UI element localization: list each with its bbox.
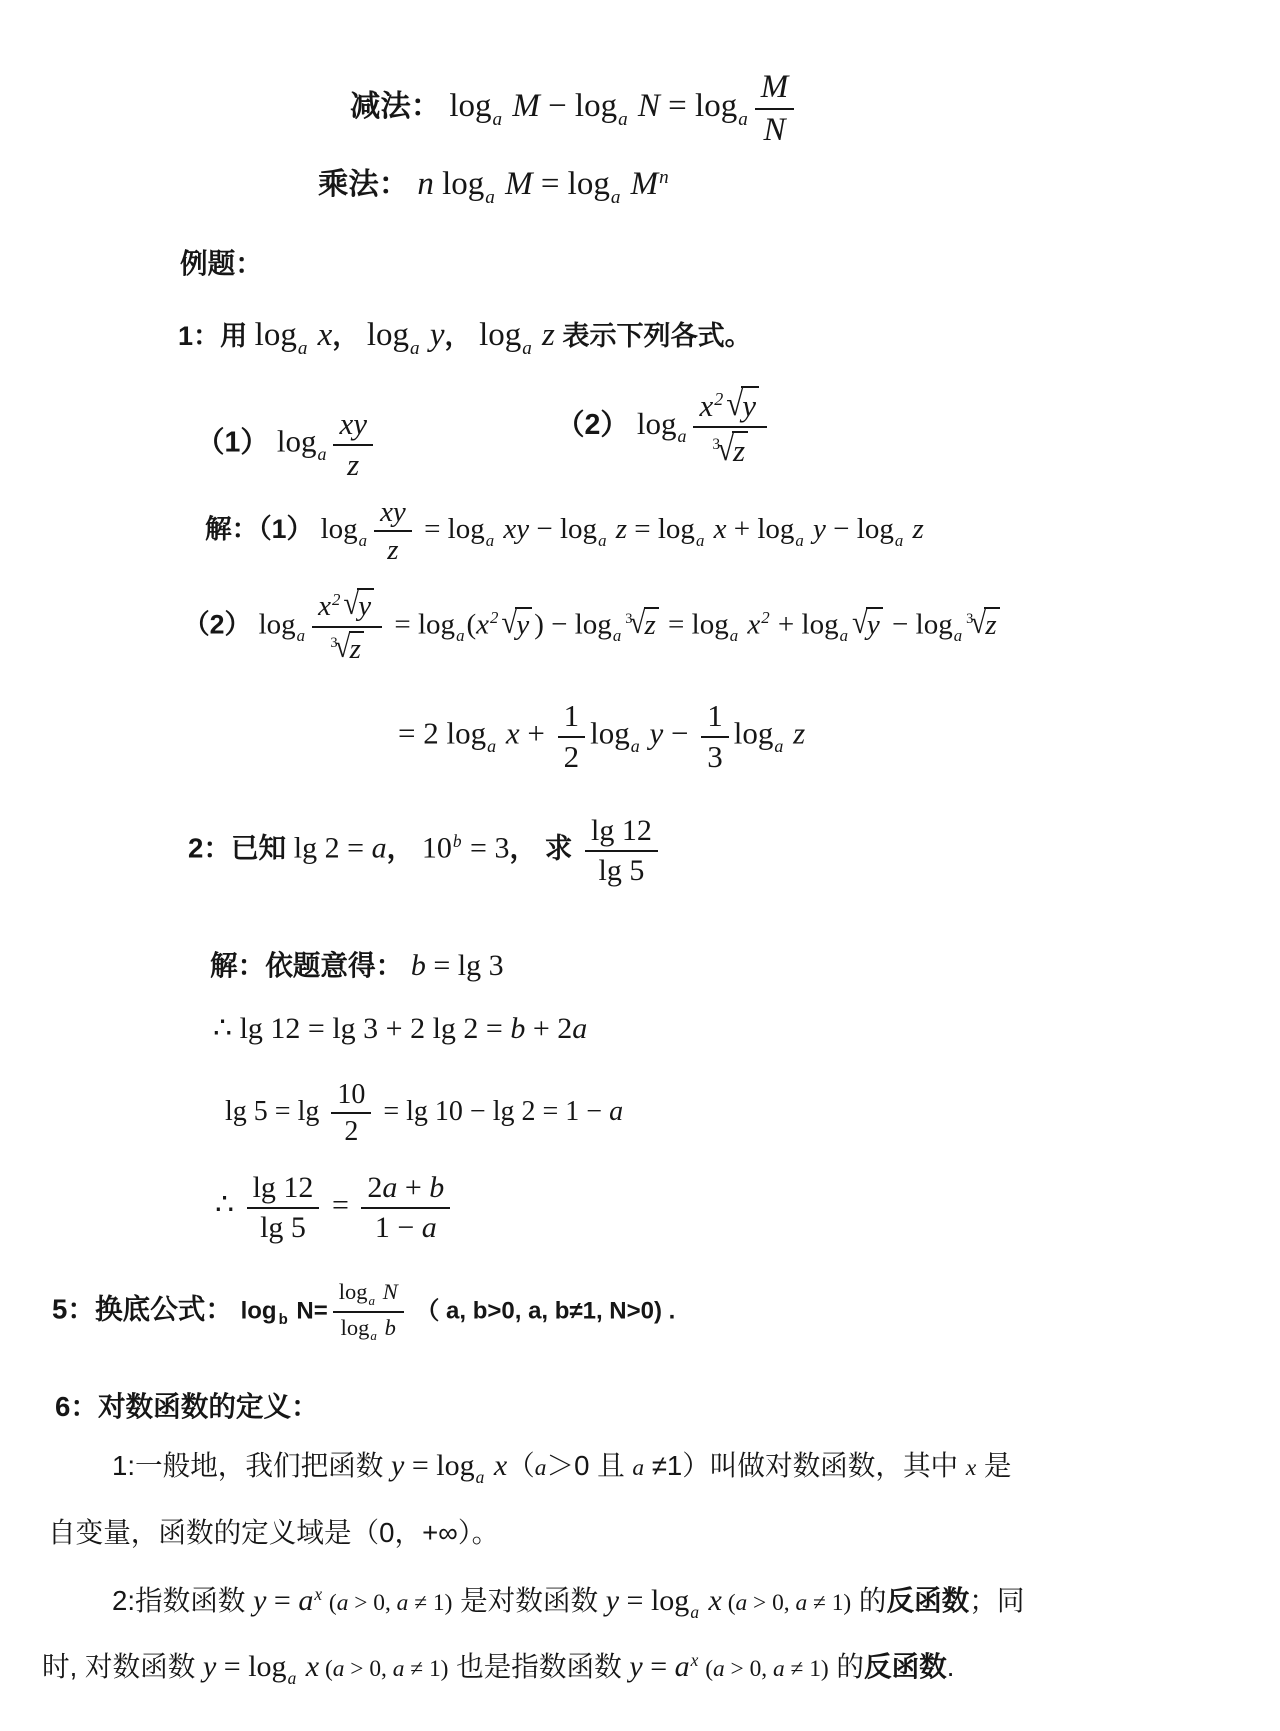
example1-solution-step2: （2） logax2√y3√z = loga(x2√y) − loga3√z =…: [183, 588, 1002, 666]
inverse-paragraph-line2: 时, 对数函数 y = loga x (a > 0, a ≠ 1) 也是指数函数…: [42, 1648, 954, 1690]
example2-solution-step1: ∴ lg 12 = lg 3 + 2 lg 2 = b + 2a: [213, 1010, 587, 1048]
definition-paragraph-line1: 1:一般地，我们把函数 y = loga x（a＞0 且 a ≠1）叫做对数函数…: [112, 1447, 1011, 1489]
examples-heading: 例题：: [180, 245, 263, 283]
example2-solution-step2: lg 5 = lg 102 = lg 10 − lg 2 = 1 − a: [225, 1080, 623, 1147]
example1-solution-step1: 解：（1） logaxyz = loga xy − loga z = loga …: [205, 497, 924, 566]
subtraction-rule-line: 减法： loga M − loga N = logaMN: [350, 70, 799, 147]
example2-prompt: 2：已知 lg 2 = a， 10b = 3， 求 lg 12lg 5: [188, 815, 663, 886]
document-page: 减法： loga M − loga N = logaMN 乘法： n loga …: [0, 0, 1280, 1731]
example1-part1: （1） logaxyz: [196, 408, 378, 481]
change-of-base-formula-line: 5：换底公式： logb N=loga Nloga b （ a, b>0, a,…: [52, 1280, 675, 1343]
example2-solution-conclusion: ∴ lg 12lg 5 = 2a + b1 − a: [215, 1172, 455, 1243]
log-function-definition-heading: 6：对数函数的定义：: [55, 1388, 319, 1426]
definition-paragraph-line2: 自变量，函数的定义域是（0，+∞）。: [48, 1514, 499, 1552]
inverse-paragraph-line1: 2:指数函数 y = ax (a > 0, a ≠ 1) 是对数函数 y = l…: [112, 1582, 1024, 1624]
example1-part2: （2） logax2√y3√z: [556, 386, 772, 468]
multiplication-rule-line: 乘法： n loga M = loga Mn: [318, 164, 670, 210]
example2-solution-intro: 解：依题意得： b = lg 3: [210, 947, 504, 985]
example1-prompt: 1：用 loga x， loga y， loga z 表示下列各式。: [178, 315, 752, 361]
example1-solution-step3: = 2 loga x + 12loga y − 13loga z: [398, 700, 805, 773]
